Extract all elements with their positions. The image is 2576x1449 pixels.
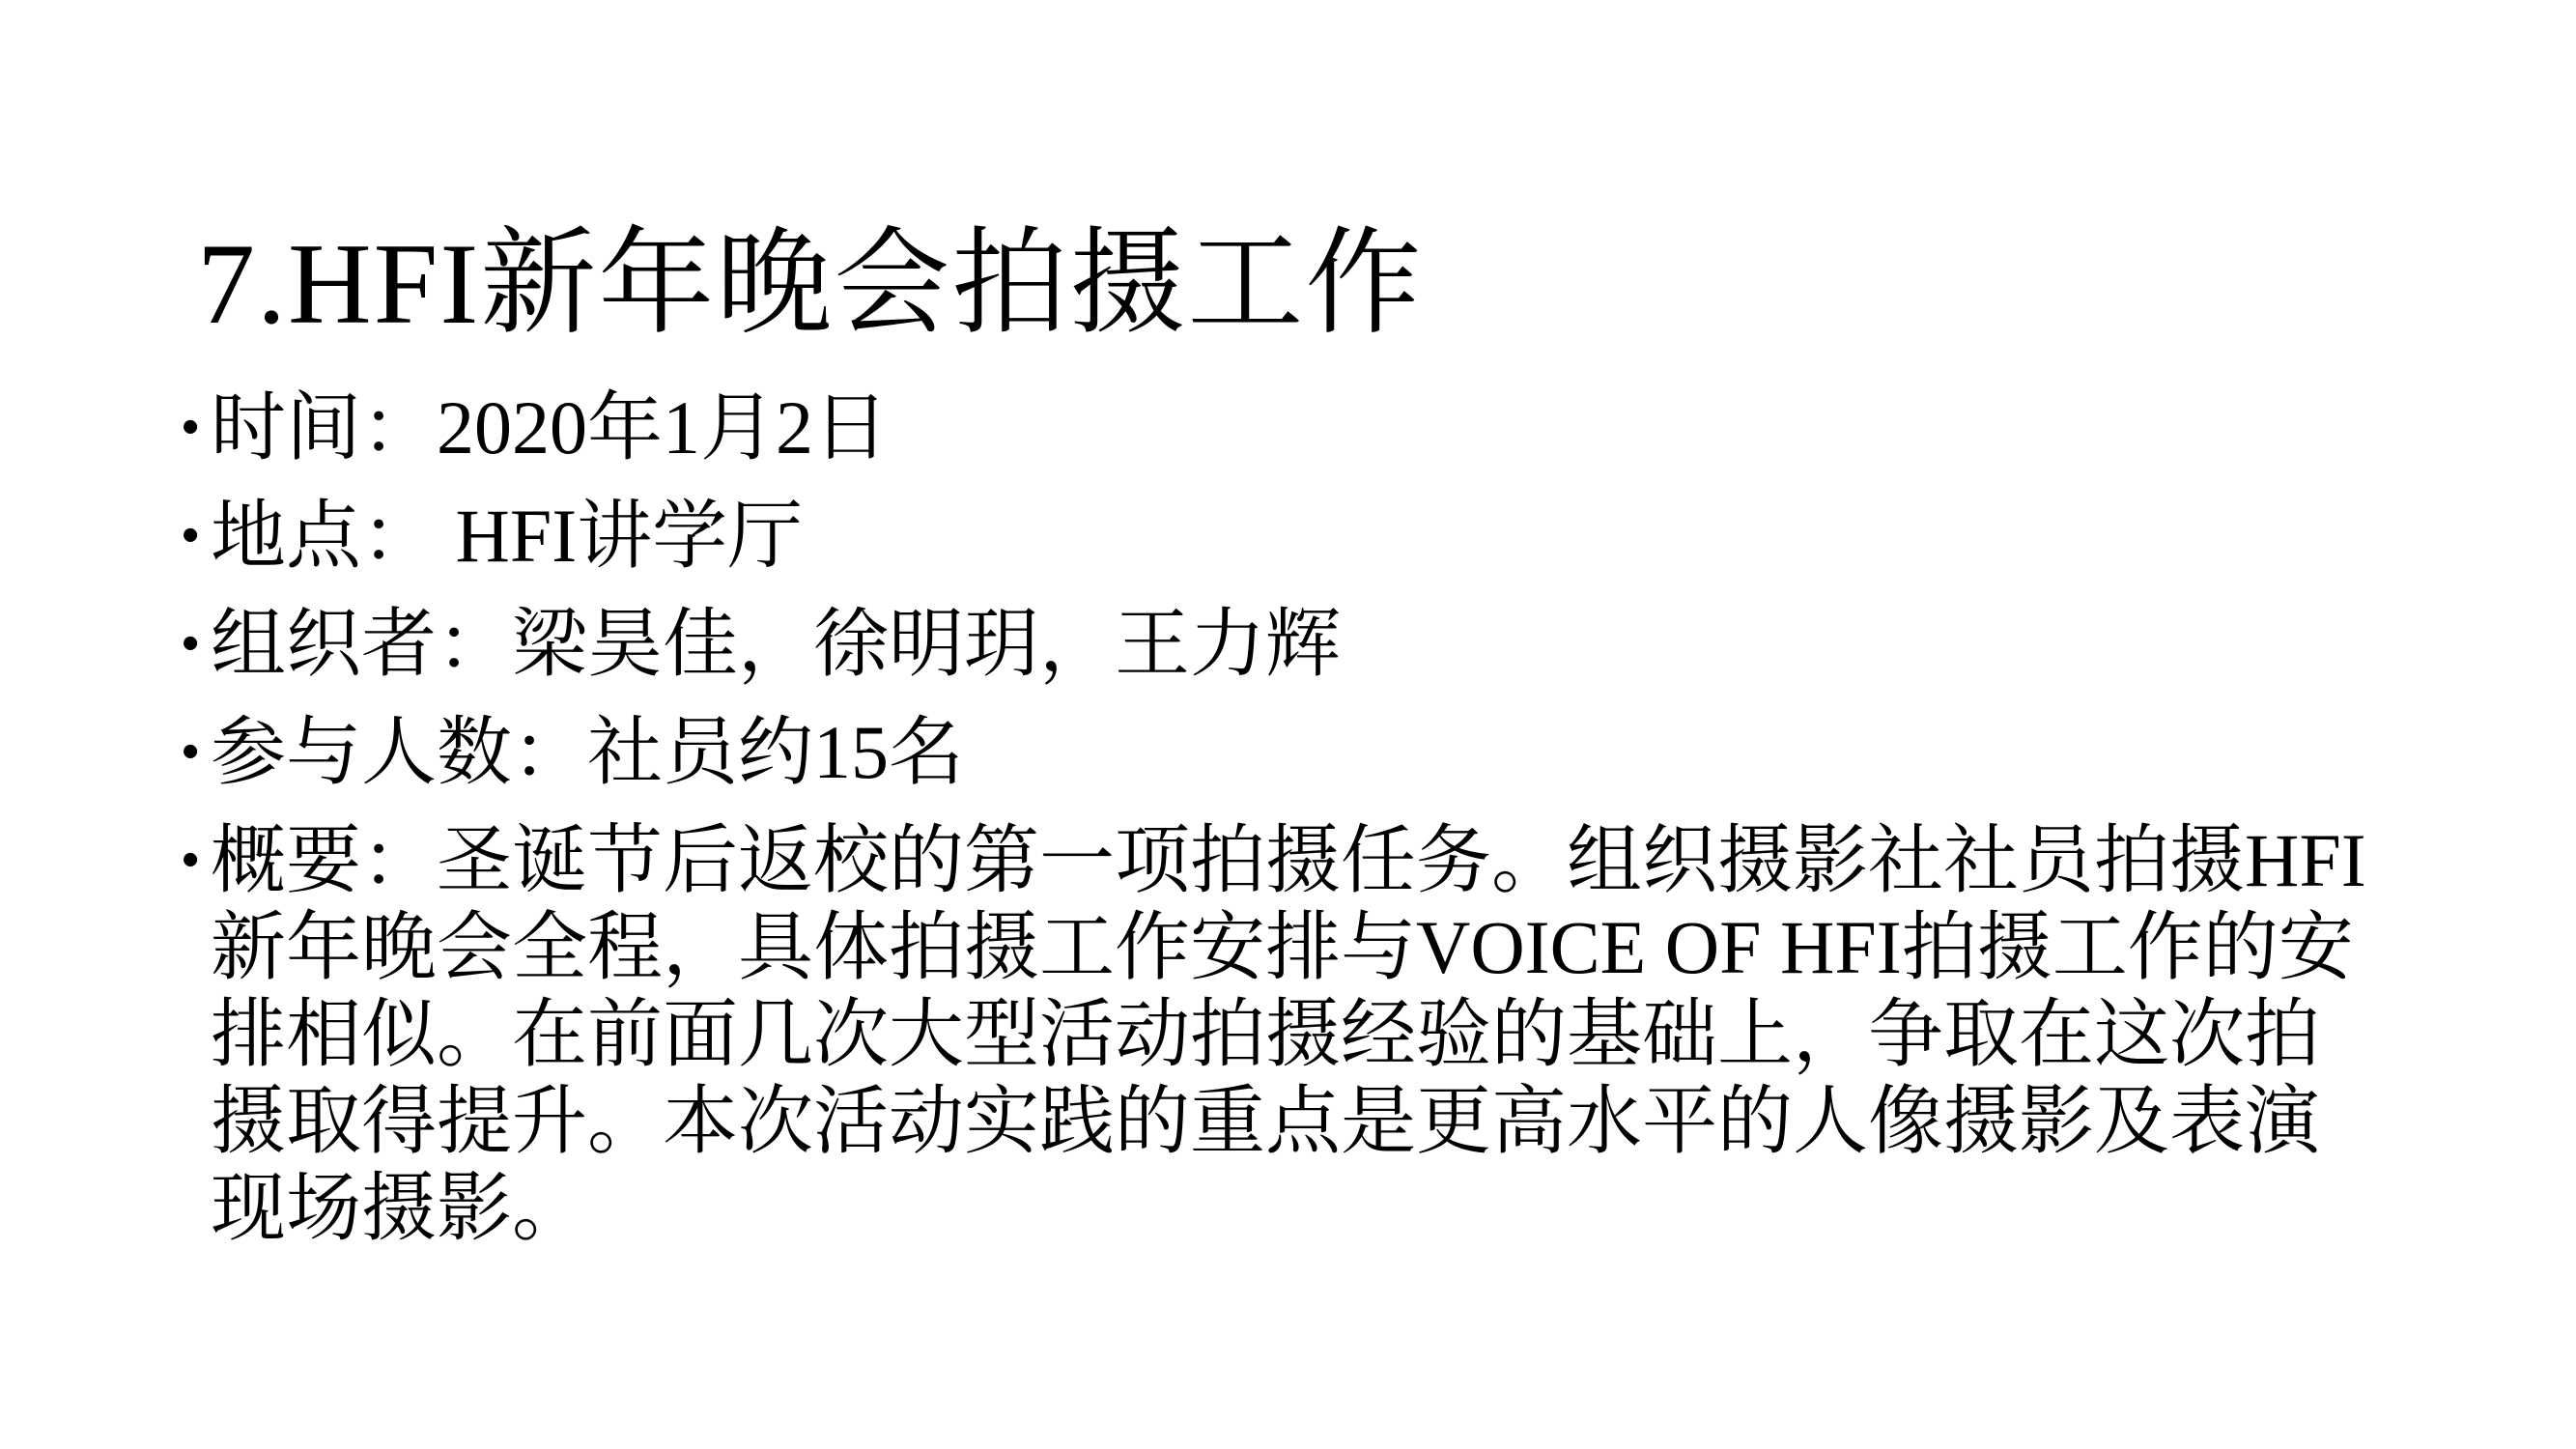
bullet-item-participants: • 参与人数：社员约15名	[182, 709, 2372, 796]
bullet-marker-icon: •	[182, 709, 211, 794]
bullet-text-time: 时间：2020年1月2日	[211, 384, 2372, 471]
bullet-marker-icon: •	[182, 817, 211, 902]
bullet-text-organizers: 组织者：梁昊佳，徐明玥，王力辉	[211, 601, 2372, 688]
bullet-marker-icon: •	[182, 601, 211, 686]
bullet-item-organizers: • 组织者：梁昊佳，徐明玥，王力辉	[182, 601, 2372, 688]
bullet-item-summary: • 概要：圣诞节后返校的第一项拍摄任务。组织摄影社社员拍摄HFI新年晚会全程，具…	[182, 817, 2372, 1252]
bullet-list: • 时间：2020年1月2日 • 地点： HFI讲学厅 • 组织者：梁昊佳，徐明…	[182, 384, 2372, 1252]
bullet-text-location: 地点： HFI讲学厅	[211, 493, 2372, 580]
bullet-text-participants: 参与人数：社员约15名	[211, 709, 2372, 796]
bullet-item-time: • 时间：2020年1月2日	[182, 384, 2372, 471]
bullet-text-summary: 概要：圣诞节后返校的第一项拍摄任务。组织摄影社社员拍摄HFI新年晚会全程，具体拍…	[211, 817, 2372, 1252]
bullet-item-location: • 地点： HFI讲学厅	[182, 493, 2372, 580]
presentation-slide: 7.HFI新年晚会拍摄工作 • 时间：2020年1月2日 • 地点： HFI讲学…	[0, 0, 2576, 1449]
slide-title: 7.HFI新年晚会拍摄工作	[197, 214, 1423, 354]
bullet-marker-icon: •	[182, 493, 211, 578]
bullet-marker-icon: •	[182, 384, 211, 469]
slide-body: • 时间：2020年1月2日 • 地点： HFI讲学厅 • 组织者：梁昊佳，徐明…	[182, 384, 2372, 1252]
